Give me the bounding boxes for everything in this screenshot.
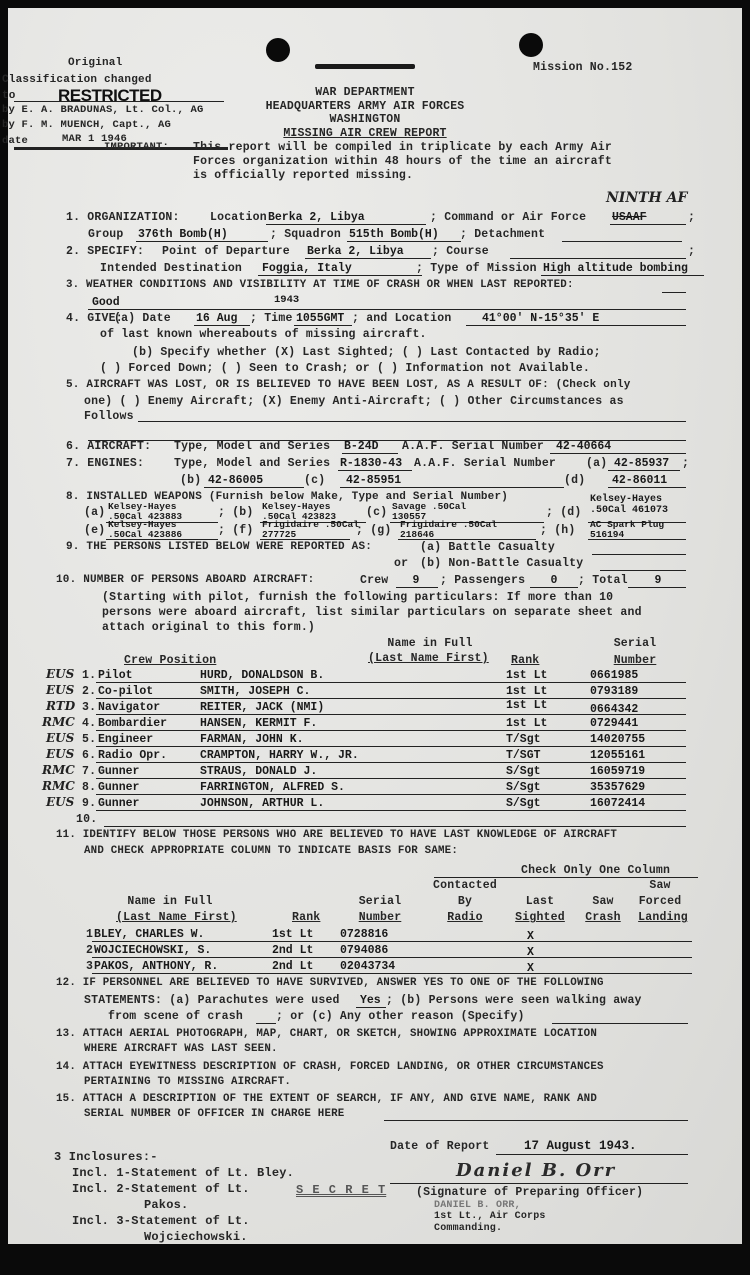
s9-option-b: (b) Non-Battle Casualty [420, 557, 583, 570]
s14-line-1: 14. ATTACH EYEWITNESS DESCRIPTION OF CRA… [56, 1061, 604, 1074]
crew-status: EUS [46, 683, 74, 697]
signature-caption: (Signature of Preparing Officer) [416, 1186, 643, 1199]
inclosure-3b: Wojciechowski. [144, 1231, 248, 1244]
crew-num: 2. [82, 685, 96, 698]
s12-line-2b: ; (b) Persons were seen walking away [386, 994, 642, 1007]
crew-status: RMC [42, 715, 75, 729]
s1-detachment-label: ; Detachment [460, 228, 545, 241]
s4-time-label: ; Time [250, 312, 293, 325]
signature: Daniel B. Orr [456, 1160, 616, 1181]
s11-line-2: AND CHECK APPROPRIATE COLUMN TO INDICATE… [84, 845, 458, 858]
crew-name[interactable]: FARMAN, JOHN K. [200, 733, 304, 746]
crew-num: 5. [82, 733, 96, 746]
inclosure-1: Incl. 1-Statement of Lt. Bley. [72, 1167, 294, 1180]
s11-col-radio-3: Radio [420, 911, 510, 924]
crew-col-position: Crew Position [124, 654, 216, 667]
s10-note-2: persons were aboard aircraft, list simil… [102, 606, 642, 619]
s5-follows-field[interactable] [138, 421, 686, 422]
person-serial[interactable]: 02043734 [340, 960, 395, 973]
crew-position: Engineer [98, 733, 153, 746]
crew-rank[interactable]: S/Sgt [506, 797, 541, 810]
punch-hole-left [266, 38, 290, 62]
page-title: MISSING AIR CREW REPORT [250, 127, 480, 140]
s7-engine-c-field[interactable]: 42-85951 [346, 474, 401, 487]
crew-rank[interactable]: T/Sgt [506, 733, 541, 746]
s4-location-label: ; and Location [352, 312, 451, 325]
secret-stamp: S E C R E T [296, 1184, 386, 1197]
crew-position: Gunner [98, 797, 139, 810]
s6-serial-label: A.A.F. Serial Number [402, 440, 544, 453]
person-rank[interactable]: 1st Lt [272, 928, 313, 941]
s2-course-label: ; Course [432, 245, 489, 258]
s6-label: 6. AIRCRAFT: [66, 440, 151, 453]
s2-course-field[interactable] [510, 258, 686, 259]
person-rank[interactable]: 2nd Lt [272, 944, 313, 957]
punch-hole-right [519, 33, 543, 57]
s12-line-3b: ; or (c) Any other reason (Specify) [276, 1010, 525, 1023]
s12-other-field[interactable] [552, 1023, 688, 1024]
s14-line-2: PERTAINING TO MISSING AIRCRAFT. [84, 1076, 291, 1089]
crew-status: EUS [46, 667, 74, 681]
crew-rank[interactable]: 1st Lt [506, 669, 547, 682]
s13-line-2: WHERE AIRCRAFT WAS LAST SEEN. [84, 1043, 278, 1056]
s1-command-label: ; Command or Air Force [430, 211, 586, 224]
s6-serial-field[interactable]: 42-40664 [556, 440, 611, 453]
important-line-1: This report will be compiled in triplica… [193, 141, 612, 154]
s10-passengers-field[interactable]: 0 [532, 574, 576, 587]
crew-status: RMC [42, 763, 75, 777]
s9-option-a: (a) Battle Casualty [420, 541, 555, 554]
s7-engine-a-field[interactable]: 42-85937 [614, 457, 669, 470]
s2-destination-field[interactable]: Foggia, Italy [262, 262, 352, 275]
person-serial[interactable]: 0794086 [340, 944, 388, 957]
s9-battle-field[interactable] [592, 554, 686, 555]
crew-serial[interactable]: 0793189 [590, 685, 638, 698]
person-num: 2 [86, 944, 93, 957]
date-of-report-label: Date of Report [390, 1140, 489, 1153]
person-num: 1 [86, 928, 93, 941]
s8-weapon-g[interactable]: Frigidaire .50Cal 218646 [400, 520, 500, 540]
s8-weapon-d[interactable]: Kelsey-Hayes .50Cal 461073 [590, 494, 700, 516]
s8-weapon-e[interactable]: Kelsey-Hayes .50Cal 423886 [108, 520, 208, 540]
s2-mission-type-field[interactable]: High altitude bombing [543, 262, 688, 275]
crew-position: Gunner [98, 765, 139, 778]
crew-rank[interactable]: T/SGT [506, 749, 541, 762]
inclosure-3: Incl. 3-Statement of Lt. [72, 1215, 250, 1228]
crew-col-name-1: Name in Full [360, 637, 500, 650]
s11-check-header: Check Only One Column [521, 864, 670, 877]
s11-col-radio-2: By [420, 895, 510, 908]
crew-num: 4. [82, 717, 96, 730]
s10-crew-field[interactable]: 9 [396, 574, 436, 587]
s1-label: 1. ORGANIZATION: [66, 211, 180, 224]
s10-note-3: attach original to this form.) [102, 621, 315, 634]
s12-line-3a: from scene of crash [108, 1010, 243, 1023]
s15-line-2: SERIAL NUMBER OF OFFICER IN CHARGE HERE [84, 1108, 345, 1121]
s5-line-3: Follows [84, 410, 134, 423]
inclosure-2: Incl. 2-Statement of Lt. [72, 1183, 250, 1196]
s12-line-1: 12. IF PERSONNEL ARE BELIEVED TO HAVE SU… [56, 977, 604, 990]
crew-position: Navigator [98, 701, 160, 714]
crew-status: RTD [46, 699, 75, 713]
person-name[interactable]: BLEY, CHARLES W. [94, 928, 204, 941]
crew-rank[interactable]: S/Sgt [506, 781, 541, 794]
s10-passengers-label: ; Passengers [440, 574, 525, 587]
s9-label: 9. THE PERSONS LISTED BELOW WERE REPORTE… [66, 541, 372, 554]
s11-col-sighted-1: Last [510, 895, 570, 908]
s7-type-label: Type, Model and Series [174, 457, 330, 470]
s1-group-field[interactable]: 376th Bomb(H) [138, 228, 228, 241]
crew-num: 1. [82, 669, 96, 682]
s1-location-label: Location [210, 211, 267, 224]
crew-serial[interactable]: 0729441 [590, 717, 638, 730]
s1-location-field[interactable]: Berka 2, Libya [268, 211, 365, 224]
crew-col-serial-1: Serial [600, 637, 670, 650]
s2-label: 2. SPECIFY: [66, 245, 144, 258]
s3-weather-field[interactable]: Good [92, 296, 120, 309]
crew-name[interactable]: FARRINGTON, ALFRED S. [200, 781, 345, 794]
s5-line-2: one) ( ) Enemy Aircraft; (X) Enemy Anti-… [84, 395, 624, 408]
mission-number: Mission No.152 [533, 61, 632, 74]
crew-num: 3. [82, 701, 96, 714]
s9-non-battle-field[interactable] [600, 570, 686, 571]
s4-b-line-2: ( ) Forced Down; ( ) Seen to Crash; or (… [100, 362, 590, 375]
stamp-by-1: by E. A. BRADUNAS, Lt. Col., AG [2, 104, 204, 117]
s12-line-2a: STATEMENTS: (a) Parachutes were used [84, 994, 340, 1007]
crew-serial[interactable]: 16059719 [590, 765, 645, 778]
s1-detachment-field[interactable] [562, 241, 682, 242]
s8-weapon-f[interactable]: Frigidaire .50Cal 277725 [262, 520, 362, 540]
s7-type-field[interactable]: R-1830-43 [340, 457, 402, 470]
s4-time-field[interactable]: 1055GMT [296, 312, 344, 325]
s1-group-label: Group [88, 228, 124, 241]
s7-label: 7. ENGINES: [66, 457, 144, 470]
s8-weapon-h[interactable]: AC Spark Plug 516194 [590, 520, 690, 540]
crew-serial[interactable]: 14020755 [590, 733, 645, 746]
s7-c-label: (c) [304, 474, 325, 487]
crew-name[interactable]: CRAMPTON, HARRY W., JR. [200, 749, 359, 762]
s12-walking-field[interactable] [256, 1023, 276, 1024]
s2-mission-type-label: ; Type of Mission [416, 262, 537, 275]
crew-status: EUS [46, 731, 74, 745]
s6-type-field[interactable]: B-24D [344, 440, 379, 453]
crew-status: EUS [46, 747, 74, 761]
dept-heading: WAR DEPARTMENT [250, 86, 480, 99]
s3-label: 3. WEATHER CONDITIONS AND VISIBILITY AT … [66, 279, 574, 292]
s4-b-line-1: (b) Specify whether (X) Last Sighted; ( … [132, 346, 601, 359]
command-handwritten: NINTH AF [606, 190, 687, 206]
crew-name[interactable]: STRAUS, DONALD J. [200, 765, 317, 778]
crew-position: Co-pilot [98, 685, 153, 698]
s11-col-forced-1: Saw [630, 879, 690, 892]
s7-b-label: (b) [180, 474, 201, 487]
s15-line-1: 15. ATTACH A DESCRIPTION OF THE EXTENT O… [56, 1093, 597, 1106]
important-line-2: Forces organization within 48 hours of t… [193, 155, 612, 168]
crew-status: RMC [42, 779, 75, 793]
crew-name[interactable]: SMITH, JOSEPH C. [200, 685, 310, 698]
officer-role: Commanding. [434, 1222, 502, 1235]
s2-destination-label: Intended Destination [100, 262, 242, 275]
crew-num: 10. [76, 813, 97, 826]
s2-departure-field[interactable]: Berka 2, Libya [307, 245, 404, 258]
crew-serial[interactable]: 35357629 [590, 781, 645, 794]
crew-rank[interactable]: 1st Lt [506, 685, 547, 698]
s11-col-crash-2: Crash [578, 911, 628, 924]
stamp-by-2: by F. M. MUENCH, Capt., AG [2, 119, 171, 132]
s10-total-field[interactable]: 9 [630, 574, 686, 587]
crew-rank[interactable]: S/Sgt [506, 765, 541, 778]
s10-label: 10. NUMBER OF PERSONS ABOARD AIRCRAFT: [56, 574, 314, 587]
s1-squadron-label: ; Squadron [270, 228, 341, 241]
s11-col-name-2: (Last Name First) [116, 911, 237, 924]
s4-year: 1943 [274, 294, 299, 307]
crew-name[interactable]: JOHNSON, ARTHUR L. [200, 797, 324, 810]
person-name[interactable]: WOJCIECHOWSKI, S. [94, 944, 211, 957]
s7-engine-d-field[interactable]: 42-86011 [612, 474, 667, 487]
person-serial[interactable]: 0728816 [340, 928, 388, 941]
inclosure-2b: Pakos. [144, 1199, 188, 1212]
s5-line-1: 5. AIRCRAFT WAS LOST, OR IS BELIEVED TO … [66, 379, 631, 392]
important-label: IMPORTANT: [104, 141, 169, 154]
s1-squadron-field[interactable]: 515th Bomb(H) [349, 228, 439, 241]
s11-col-forced-3: Landing [630, 911, 696, 924]
hq-heading: HEADQUARTERS ARMY AIR FORCES [240, 100, 490, 113]
crew-position: Radio Opr. [98, 749, 167, 762]
s9-or: or [394, 557, 408, 570]
s11-col-forced-2: Forced [630, 895, 690, 908]
s15-officer-field[interactable] [384, 1120, 688, 1121]
crew-col-rank: Rank [511, 654, 539, 667]
s4-date-label: (a) Date [114, 312, 171, 325]
person-name[interactable]: PAKOS, ANTHONY, R. [94, 960, 218, 973]
crew-name[interactable]: HURD, DONALDSON B. [200, 669, 324, 682]
s10-total-label: ; Total [578, 574, 628, 587]
crew-rank[interactable]: 1st Lt [506, 699, 547, 712]
person-num: 3 [86, 960, 93, 973]
s11-col-serial-2: Number [350, 911, 410, 924]
s1-command-field[interactable]: USAAF [612, 211, 647, 224]
s13-line-1: 13. ATTACH AERIAL PHOTOGRAPH, MAP, CHART… [56, 1028, 597, 1041]
person-rank[interactable]: 2nd Lt [272, 960, 313, 973]
important-line-3: is officially reported missing. [193, 169, 413, 182]
crew-num: 7. [82, 765, 96, 778]
crew-position: Gunner [98, 781, 139, 794]
crew-status: EUS [46, 795, 74, 809]
inclosures-label: 3 Inclosures:- [54, 1151, 158, 1164]
s7-serial-label: A.A.F. Serial Number [414, 457, 556, 470]
s11-line-1: 11. IDENTIFY BELOW THOSE PERSONS WHO ARE… [56, 829, 617, 842]
crew-position: Pilot [98, 669, 133, 682]
s11-col-rank: Rank [292, 911, 320, 924]
s7-a-label: (a) [586, 457, 607, 470]
crew-serial[interactable]: 0661985 [590, 669, 638, 682]
s7-engine-b-field[interactable]: 42-86005 [208, 474, 263, 487]
city-heading: WASHINGTON [250, 113, 480, 126]
s10-note-1: (Starting with pilot, furnish the follow… [102, 591, 613, 604]
s11-col-crash-1: Saw [578, 895, 628, 908]
crew-serial[interactable]: 16072414 [590, 797, 645, 810]
crew-name[interactable]: REITER, JACK (NMI) [200, 701, 324, 714]
s11-col-sighted-2: Sighted [510, 911, 570, 924]
stamp-restricted: RESTRICTED [58, 86, 162, 106]
s4-line-2: of last known whereabouts of missing air… [100, 328, 427, 341]
stamp-original: Original [68, 57, 122, 70]
s4-date-field[interactable]: 16 Aug [196, 312, 237, 325]
s4-location-field[interactable]: 41°00' N-15°35' E [482, 312, 599, 325]
crew-rank[interactable]: 1st Lt [506, 717, 547, 730]
s11-col-radio-1: Contacted [420, 879, 510, 892]
crew-col-serial-2: Number [600, 654, 670, 667]
s2-departure-label: Point of Departure [162, 245, 290, 258]
s6-type-label: Type, Model and Series [174, 440, 330, 453]
s10-crew-label: Crew [360, 574, 388, 587]
date-of-report-field[interactable]: 17 August 1943. [524, 1140, 637, 1153]
s11-col-serial-1: Serial [350, 895, 410, 908]
crew-col-name-2: (Last Name First) [368, 652, 489, 665]
s12-parachutes-field[interactable]: Yes [360, 994, 381, 1007]
crew-position: Bombardier [98, 717, 167, 730]
crew-num: 8. [82, 781, 96, 794]
s7-d-label: (d) [564, 474, 585, 487]
crew-num: 6. [82, 749, 96, 762]
redacted-classification [315, 64, 415, 69]
crew-name[interactable]: HANSEN, KERMIT F. [200, 717, 317, 730]
crew-serial[interactable]: 12055161 [590, 749, 645, 762]
crew-num: 9. [82, 797, 96, 810]
s11-col-name-1: Name in Full [110, 895, 230, 908]
